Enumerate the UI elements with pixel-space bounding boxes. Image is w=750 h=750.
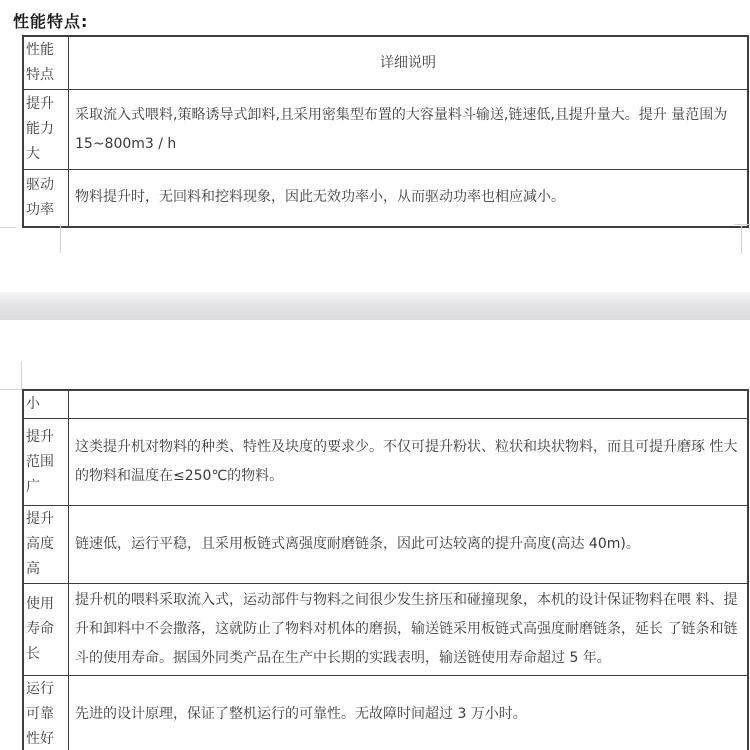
ghost-border-left-vertical-2 (21, 361, 22, 390)
table-row: 提升 能力 大 采取流入式喂料,策略诱导式卸料,且采用密集型布置的大容量料斗输送… (23, 90, 748, 170)
description-cell: 采取流入式喂料,策略诱导式卸料,且采用密集型布置的大容量料斗输送,链速低,且提升… (69, 90, 749, 170)
ghost-border-right-vertical (741, 224, 742, 254)
ghost-border-left-tick-2 (0, 389, 22, 390)
feature-cell: 小 (23, 390, 69, 419)
description-cell: 提升机的喂料采取流入式，运动部件与物料之间很少发生挤压和碰撞现象，本机的设计保证… (69, 584, 749, 676)
table-header-row: 性能 特点 详细说明 (23, 36, 748, 90)
feature-cell: 提升 高度 高 (23, 506, 69, 584)
table-row: 使用 寿命 长 提升机的喂料采取流入式，运动部件与物料之间很少发生挤压和碰撞现象… (23, 584, 748, 676)
table-row: 小 (23, 390, 748, 419)
feature-table-part1: 性能 特点 详细说明 提升 能力 大 采取流入式喂料,策略诱导式卸料,且采用密集… (22, 35, 749, 228)
description-cell: 先进的设计原理，保证了整机运行的可靠性。无故障时间超过 3 万小时。 (69, 676, 749, 750)
feature-header-cell: 性能 特点 (23, 36, 69, 90)
description-cell: 物料提升时，无回料和挖料现象，因此无效功率小，从而驱动功率也相应减小。 (69, 170, 749, 227)
feature-cell: 提升 能力 大 (23, 90, 69, 170)
feature-cell: 运行 可靠 性好 (23, 676, 69, 750)
document-page: { "page": { "title": "性能特点:" }, "colors"… (0, 0, 750, 750)
description-header-cell: 详细说明 (69, 36, 749, 90)
ghost-border-left-divider (60, 224, 61, 253)
page-break-band (0, 292, 750, 320)
ghost-border-right-tick (734, 224, 750, 225)
feature-cell: 使用 寿命 长 (23, 584, 69, 676)
ghost-border-left-tick (0, 227, 16, 228)
feature-table-part2: 小 提升 范围 广 这类提升机对物料的种类、特性及块度的要求少。不仅可提升粉状、… (22, 389, 749, 750)
table-row: 驱动 功率 物料提升时，无回料和挖料现象，因此无效功率小，从而驱动功率也相应减小… (23, 170, 748, 227)
page-title: 性能特点: (13, 9, 88, 32)
description-cell (69, 390, 749, 419)
description-cell: 链速低，运行平稳，且采用板链式离强度耐磨链条，因此可达较离的提升高度(高达 40… (69, 506, 749, 584)
description-cell: 这类提升机对物料的种类、特性及块度的要求少。不仅可提升粉状、粒状和块状物料，而且… (69, 419, 749, 506)
table-row: 提升 范围 广 这类提升机对物料的种类、特性及块度的要求少。不仅可提升粉状、粒状… (23, 419, 748, 506)
table-row: 提升 高度 高 链速低，运行平稳，且采用板链式离强度耐磨链条，因此可达较离的提升… (23, 506, 748, 584)
feature-cell: 驱动 功率 (23, 170, 69, 227)
table-row: 运行 可靠 性好 先进的设计原理，保证了整机运行的可靠性。无故障时间超过 3 万… (23, 676, 748, 750)
feature-cell: 提升 范围 广 (23, 419, 69, 506)
